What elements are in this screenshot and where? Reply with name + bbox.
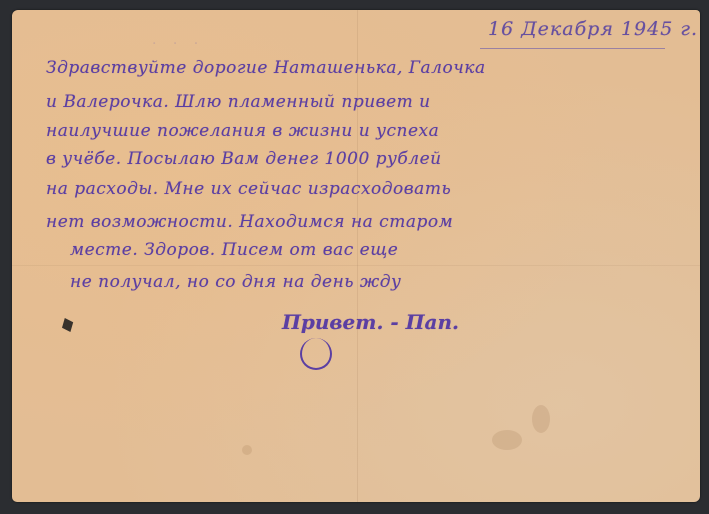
signature: Привет. - Пап. — [282, 310, 459, 334]
letter-date: 16 Декабря 1945 г. — [488, 18, 698, 40]
paper-hole — [62, 318, 76, 332]
letter-line: не получал, но со дня на день жду — [70, 272, 401, 292]
letter-line: нет возможности. Находимся на старом — [46, 212, 453, 232]
paper-stain — [242, 445, 252, 455]
date-underline — [480, 48, 665, 49]
letter-line: и Валерочка. Шлю пламенный привет и — [46, 92, 431, 112]
letter-line: на расходы. Мне их сейчас израсходовать — [46, 179, 451, 199]
paper-crease-horizontal — [12, 265, 700, 266]
paper-stain — [492, 430, 522, 450]
signature-flourish — [300, 338, 332, 370]
paper-stain — [532, 405, 550, 433]
letter-line: месте. Здоров. Писем от вас еще — [70, 240, 398, 260]
letter-line: наилучшие пожелания в жизни и успеха — [46, 121, 439, 141]
letter-line: в учёбе. Посылаю Вам денег 1000 рублей — [46, 149, 442, 169]
letter-line: Здравствуйте дорогие Наташенька, Галочка — [46, 58, 486, 78]
